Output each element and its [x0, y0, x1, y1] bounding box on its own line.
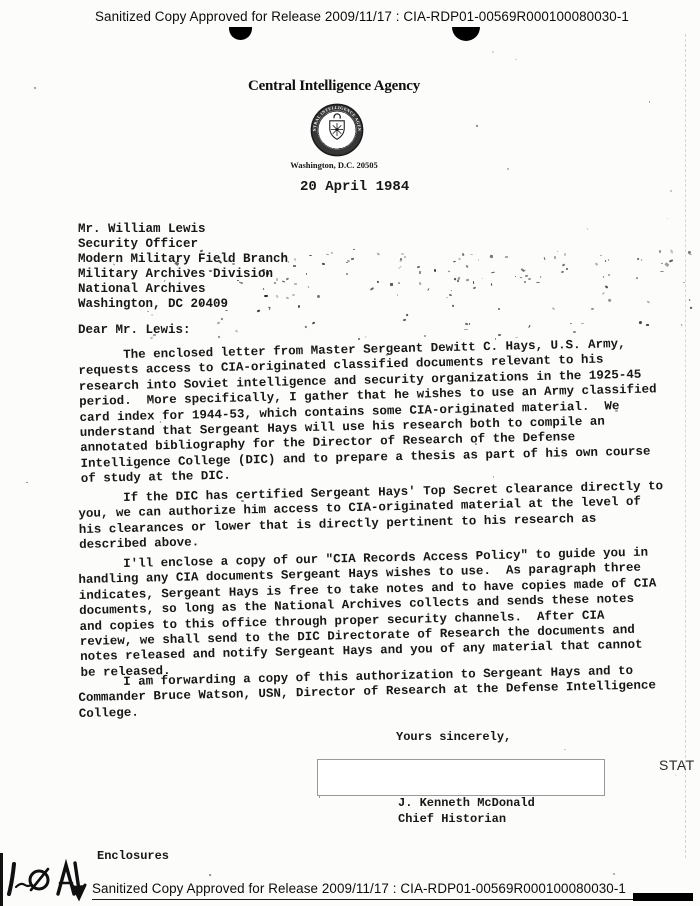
noise-speck [680, 324, 682, 326]
letterhead-city: Washington, D.C. 20505 [0, 160, 668, 170]
noise-speck [492, 51, 494, 54]
noise-speck [418, 270, 421, 273]
noise-speck [434, 269, 436, 272]
noise-speck [521, 268, 525, 271]
noise-speck [470, 254, 473, 255]
noise-speck [406, 313, 409, 315]
noise-speck [581, 322, 584, 324]
noise-speck [646, 324, 649, 326]
noise-speck [688, 250, 692, 253]
redaction-box [317, 759, 605, 796]
scanned-letter-page: Sanitized Copy Approved for Release 2009… [0, 0, 700, 906]
noise-speck [562, 263, 566, 266]
noise-speck [217, 322, 220, 325]
noise-speck [602, 293, 605, 296]
noise-speck [403, 319, 406, 322]
noise-speck [350, 258, 353, 261]
noise-speck [688, 253, 691, 254]
noise-speck [319, 796, 320, 798]
noise-speck [603, 275, 605, 277]
noise-speck [346, 273, 348, 275]
noise-speck [489, 254, 493, 257]
noise-speck [515, 337, 518, 338]
noise-speck [665, 262, 669, 266]
noise-speck [536, 282, 540, 283]
noise-speck [466, 278, 470, 281]
noise-speck [306, 273, 307, 275]
noise-speck [464, 329, 468, 331]
noise-speck [464, 323, 468, 326]
recipient-address: Mr. William Lewis Security Officer Moder… [78, 222, 288, 312]
noise-speck [288, 260, 289, 262]
noise-speck [557, 251, 558, 253]
noise-speck [469, 323, 471, 325]
noise-speck [346, 262, 348, 264]
signer-title: Chief Historian [398, 812, 506, 826]
cia-seal-icon: CENTRAL INTELLIGENCE AGENCY UNITED STATE… [309, 102, 365, 158]
noise-speck [307, 286, 309, 288]
punch-hole-icon [452, 27, 480, 41]
noise-speck [591, 308, 594, 311]
salutation: Dear Mr. Lewis: [78, 323, 191, 337]
agency-name: Central Intelligence Agency [0, 78, 668, 95]
noise-speck [659, 250, 661, 253]
noise-speck [528, 278, 532, 280]
scan-edge-line [685, 34, 686, 858]
noise-speck [465, 265, 468, 268]
noise-speck [358, 337, 360, 339]
noise-speck [564, 253, 566, 256]
noise-speck [309, 255, 312, 256]
noise-speck [453, 277, 456, 280]
noise-speck [640, 258, 642, 260]
handwritten-mark-icon [2, 856, 102, 904]
noise-speck [607, 298, 611, 302]
noise-speck [564, 749, 566, 750]
letter-date: 20 April 1984 [300, 179, 409, 195]
noise-speck [457, 276, 460, 279]
noise-speck [298, 304, 300, 307]
noise-speck [397, 294, 398, 296]
noise-speck [403, 255, 406, 258]
noise-speck [473, 281, 475, 284]
noise-speck [604, 286, 608, 290]
noise-speck [476, 125, 478, 127]
noise-speck [612, 873, 615, 876]
noise-speck [377, 252, 380, 255]
cia-seal-svg: CENTRAL INTELLIGENCE AGENCY UNITED STATE… [309, 102, 365, 158]
noise-speck [689, 299, 691, 301]
noise-speck [424, 335, 427, 338]
noise-speck [398, 282, 400, 285]
noise-speck [353, 249, 355, 250]
noise-speck [491, 283, 493, 286]
noise-speck [326, 254, 329, 256]
bottom-banner-underline [92, 899, 637, 900]
noise-speck [399, 258, 402, 261]
noise-speck [473, 286, 476, 289]
noise-speck [525, 274, 528, 276]
noise-speck [448, 271, 450, 273]
noise-speck [376, 281, 378, 284]
noise-speck [457, 257, 461, 260]
noise-speck [417, 266, 421, 269]
noise-speck [600, 255, 602, 257]
noise-speck [491, 271, 495, 273]
enclosures-label: Enclosures [97, 849, 169, 863]
noise-speck [450, 290, 452, 292]
seal-compass-center [336, 128, 339, 131]
noise-speck [666, 218, 668, 220]
noise-speck [573, 331, 576, 333]
bottom-black-bar [633, 893, 693, 901]
noise-speck [292, 294, 295, 296]
noise-speck [400, 258, 402, 260]
body-paragraph-3: I'll enclose a copy of our "CIA Records … [78, 545, 658, 681]
noise-speck [390, 283, 393, 286]
noise-speck [670, 249, 674, 253]
noise-speck [528, 325, 530, 328]
noise-speck [221, 318, 223, 320]
noise-speck [552, 307, 555, 309]
noise-speck [317, 294, 321, 297]
noise-speck [565, 268, 567, 270]
noise-speck [674, 773, 676, 775]
noise-speck [369, 287, 373, 290]
noise-speck [649, 101, 650, 103]
noise-speck [217, 336, 219, 338]
noise-speck [294, 283, 297, 285]
noise-speck [505, 255, 508, 257]
noise-speck [690, 306, 693, 309]
stat-marking: STAT [659, 757, 695, 773]
noise-speck [660, 271, 664, 272]
noise-speck [498, 308, 500, 310]
noise-speck [322, 263, 326, 265]
noise-speck [661, 263, 663, 265]
signer-name: J. Kenneth McDonald [398, 796, 535, 810]
noise-speck [553, 256, 555, 259]
noise-speck [669, 259, 673, 262]
noise-speck [151, 313, 153, 315]
noise-speck [482, 277, 484, 279]
body-paragraph-1: The enclosed letter from Master Sergeant… [78, 336, 658, 487]
noise-speck [462, 252, 465, 255]
noise-speck [427, 288, 429, 291]
punch-hole-icon [229, 27, 252, 40]
noise-speck [636, 276, 639, 279]
noise-speck [539, 276, 541, 278]
noise-speck [637, 258, 640, 261]
noise-speck [670, 189, 672, 191]
noise-speck [561, 270, 564, 273]
noise-speck [292, 265, 295, 267]
noise-speck [445, 297, 448, 299]
noise-speck [498, 334, 501, 336]
noise-speck [330, 252, 332, 255]
noise-speck [608, 259, 610, 261]
noise-speck [235, 329, 239, 332]
noise-speck [209, 874, 212, 876]
noise-speck [364, 336, 366, 338]
noise-speck [398, 266, 401, 269]
noise-speck [524, 281, 526, 283]
noise-speck [401, 252, 404, 255]
noise-speck [605, 259, 607, 261]
body-paragraph-2: If the DIC has certified Sergeant Hays' … [78, 479, 664, 553]
noise-speck [515, 276, 517, 278]
noise-speck [523, 270, 526, 272]
noise-speck [452, 304, 454, 306]
noise-speck [515, 59, 517, 61]
noise-speck [347, 259, 351, 262]
noise-speck [449, 294, 452, 296]
noise-speck [639, 320, 642, 323]
noise-speck [457, 279, 460, 282]
noise-speck [453, 260, 457, 262]
noise-speck [520, 277, 522, 279]
noise-speck [646, 301, 649, 304]
noise-speck [570, 323, 573, 325]
scan-edge-artifact [0, 853, 3, 906]
noise-speck [543, 257, 545, 260]
top-banner-text: Sanitized Copy Approved for Release 2009… [95, 9, 629, 24]
noise-speck [294, 258, 296, 261]
noise-speck [304, 326, 307, 329]
valediction: Yours sincerely, [396, 730, 511, 744]
noise-speck [312, 321, 316, 324]
noise-speck [419, 281, 422, 284]
noise-speck [26, 482, 28, 483]
noise-speck [586, 228, 588, 230]
noise-speck [670, 251, 672, 253]
noise-speck [594, 263, 598, 267]
noise-speck [608, 274, 610, 276]
bottom-banner-text: Sanitized Copy Approved for Release 2009… [92, 881, 626, 896]
noise-speck [478, 259, 479, 261]
